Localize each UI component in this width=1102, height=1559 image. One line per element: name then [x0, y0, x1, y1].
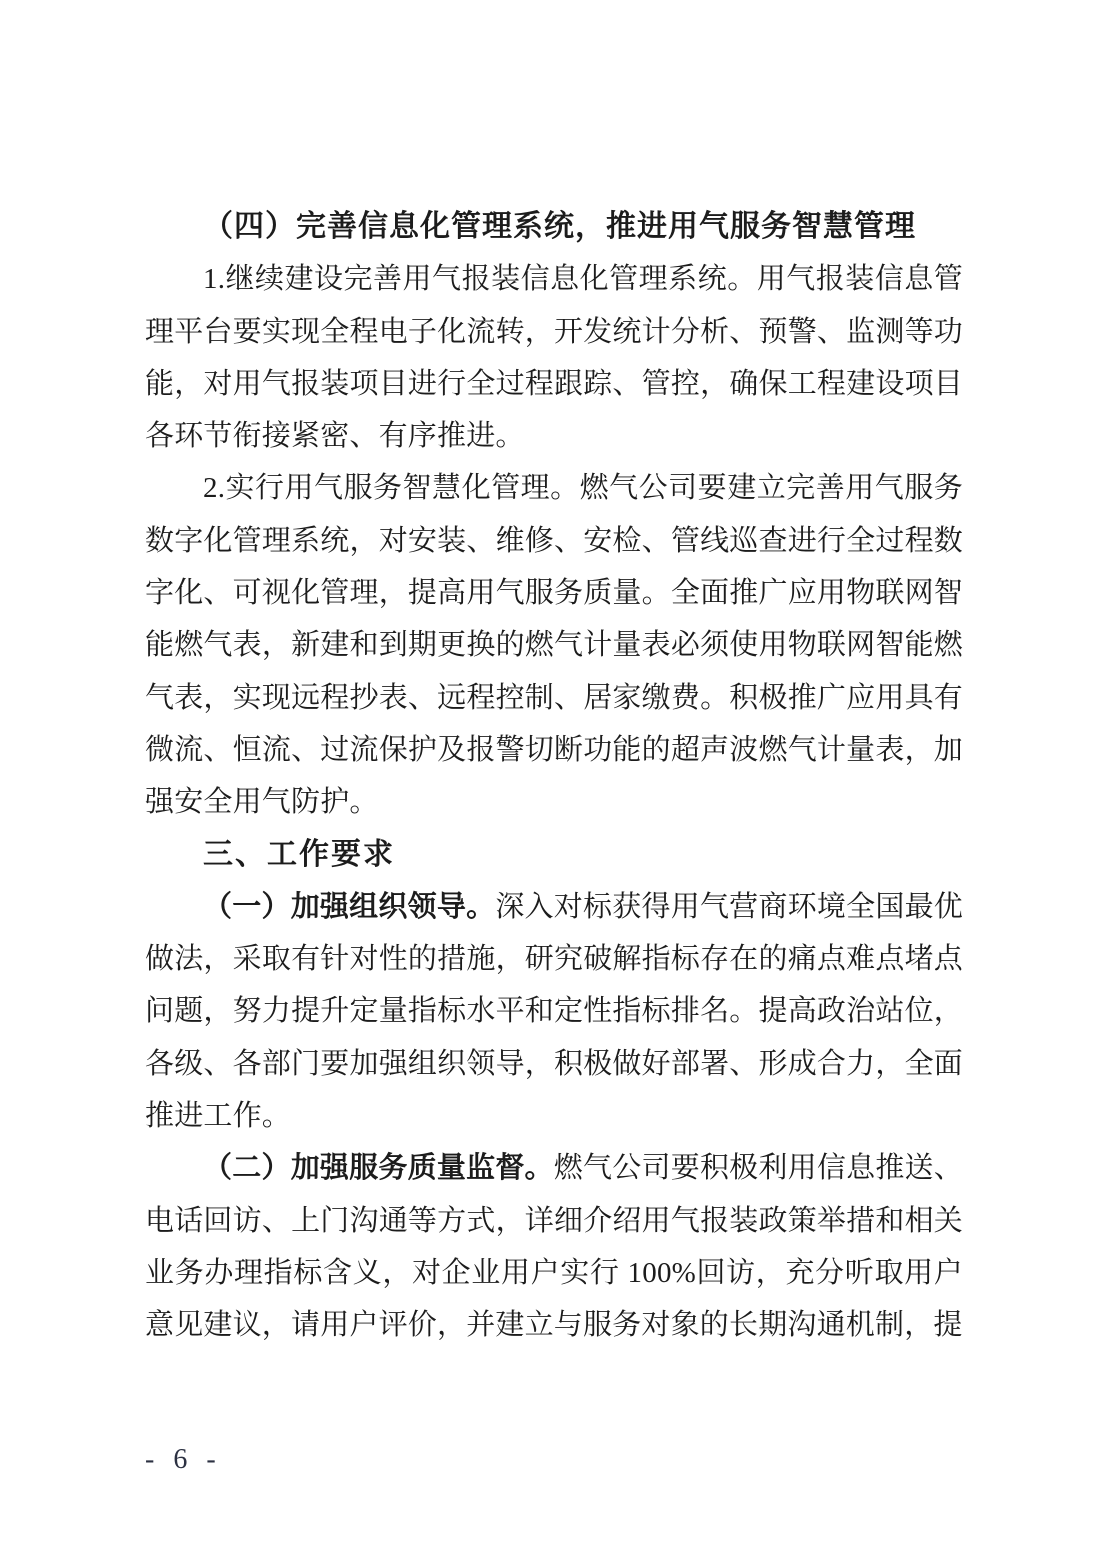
paragraph-text-1: 深入对标获得用气营商环境全国最优做法，采取有针对性的措施，研究破解指标存在的痛点…	[145, 891, 963, 1132]
section-heading-item-4: （四）完善信息化管理系统，推进用气服务智慧管理	[145, 201, 963, 253]
paragraph-lead-2: （二）加强服务质量监督。	[203, 1152, 554, 1184]
page-number: - 6 -	[145, 1444, 222, 1476]
paragraph-lead-1: （一）加强组织领导。	[203, 891, 495, 923]
paragraph-numbered-1: 1.继续建设完善用气报装信息化管理系统。用气报装信息管理平台要实现全程电子化流转…	[145, 253, 963, 462]
section-heading-work-requirements: 三、工作要求	[145, 829, 963, 881]
document-body: （四）完善信息化管理系统，推进用气服务智慧管理 1.继续建设完善用气报装信息化管…	[145, 201, 963, 1352]
paragraph-sub-1: （一）加强组织领导。深入对标获得用气营商环境全国最优做法，采取有针对性的措施，研…	[145, 881, 963, 1142]
document-page: （四）完善信息化管理系统，推进用气服务智慧管理 1.继续建设完善用气报装信息化管…	[0, 0, 1102, 1559]
paragraph-sub-2: （二）加强服务质量监督。燃气公司要积极利用信息推送、电话回访、上门沟通等方式，详…	[145, 1142, 963, 1351]
paragraph-numbered-2: 2.实行用气服务智慧化管理。燃气公司要建立完善用气服务数字化管理系统，对安装、维…	[145, 462, 963, 828]
